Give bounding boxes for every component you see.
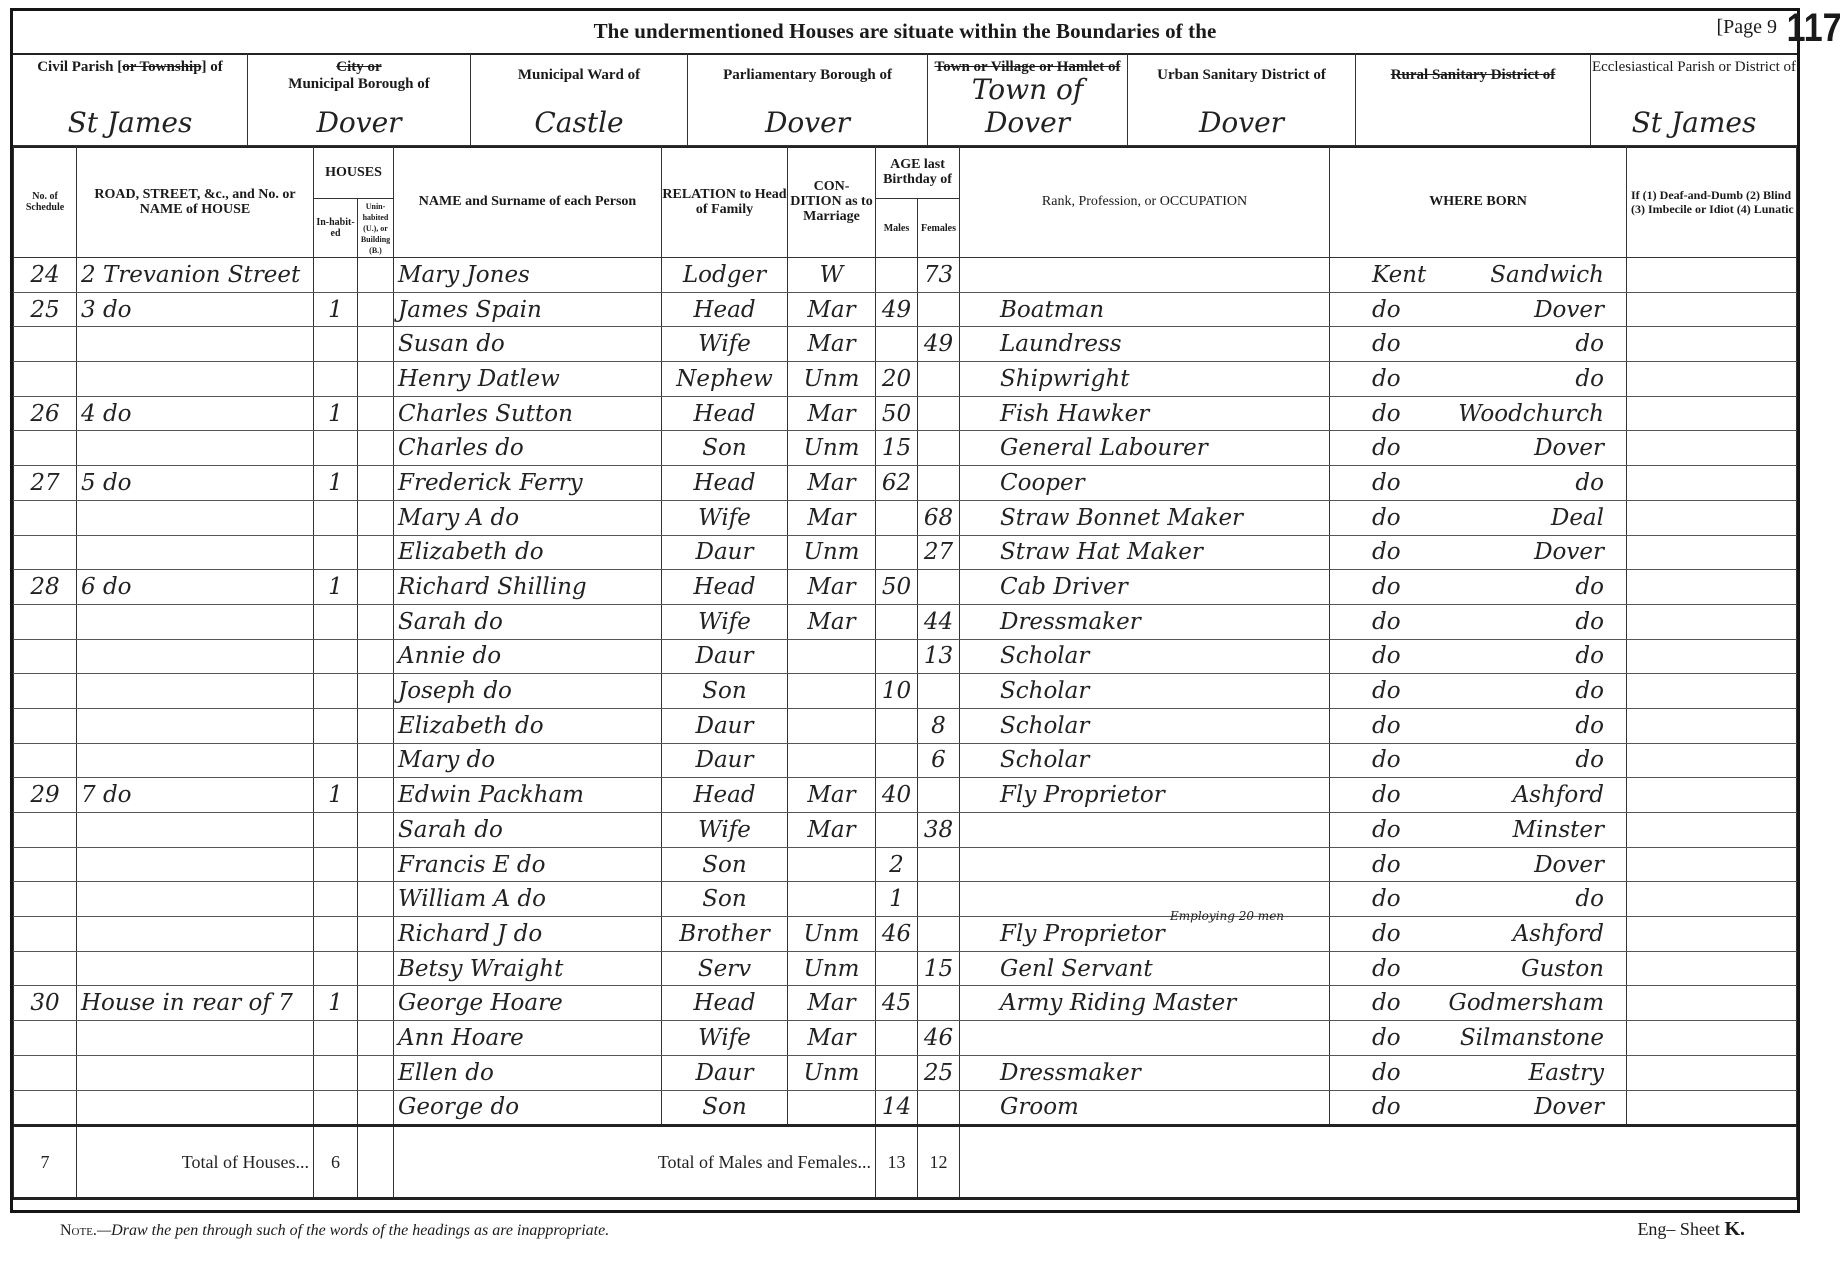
male-age <box>876 258 918 293</box>
infirmity-cell <box>1627 604 1797 639</box>
census-row: William A doSon1dodo <box>14 882 1797 917</box>
census-row: Elizabeth doDaur8Scholardodo <box>14 708 1797 743</box>
schedule-number <box>14 639 77 674</box>
infirmity-cell <box>1627 847 1797 882</box>
boundary-municipal-ward: Municipal Ward of Castle <box>471 53 688 145</box>
birth-county: do <box>1372 574 1401 600</box>
infirmity-cell <box>1627 639 1797 674</box>
person-name: Frederick Ferry <box>394 466 662 501</box>
male-age: 20 <box>876 362 918 397</box>
female-age <box>918 1090 960 1126</box>
occupation-text: Fish Hawker <box>1000 401 1149 427</box>
birth-place: Minster <box>1513 817 1604 843</box>
occupation: Straw Hat Maker <box>960 535 1330 570</box>
census-row: 30House in rear of 71George HoareHeadMar… <box>14 986 1797 1021</box>
occupation: Laundress <box>960 327 1330 362</box>
relation-to-head: Nephew <box>662 362 788 397</box>
census-row: Mary A doWifeMar68Straw Bonnet MakerdoDe… <box>14 500 1797 535</box>
birthplace: dodo <box>1330 708 1627 743</box>
birth-place: Dover <box>1534 1094 1604 1120</box>
birth-county: do <box>1372 956 1401 982</box>
census-row: 297 do1Edwin PackhamHeadMar40Fly Proprie… <box>14 778 1797 813</box>
male-age: 50 <box>876 396 918 431</box>
marital-condition: Mar <box>788 327 876 362</box>
total-persons-label: Total of Males and Females... <box>394 1126 876 1199</box>
birth-county: do <box>1372 331 1401 357</box>
birth-county: do <box>1372 470 1401 496</box>
census-row: Francis E doSon2doDover <box>14 847 1797 882</box>
schedule-number <box>14 882 77 917</box>
uninhabited-cell <box>358 362 394 397</box>
census-row: Elizabeth doDaurUnm27Straw Hat MakerdoDo… <box>14 535 1797 570</box>
boundary-value: Dover <box>1128 106 1355 139</box>
occupation: Army Riding Master <box>960 986 1330 1021</box>
marital-condition: Mar <box>788 500 876 535</box>
inhabited-count <box>314 500 358 535</box>
birth-place: do <box>1575 574 1604 600</box>
male-age: 14 <box>876 1090 918 1126</box>
relation-to-head: Lodger <box>662 258 788 293</box>
relation-to-head: Head <box>662 292 788 327</box>
census-row: Annie doDaur13Scholardodo <box>14 639 1797 674</box>
page-label: [Page 9 <box>1716 16 1777 39</box>
male-age <box>876 1021 918 1056</box>
occupation: Cab Driver <box>960 570 1330 605</box>
person-name: Elizabeth do <box>394 708 662 743</box>
census-sheet: The undermentioned Houses are situate wi… <box>10 8 1800 1213</box>
road-address <box>77 917 314 952</box>
occupation-text: Boatman <box>1000 297 1104 323</box>
female-age <box>918 292 960 327</box>
road-address: 7 do <box>77 778 314 813</box>
occupation: Groom <box>960 1090 1330 1126</box>
birth-place: do <box>1575 678 1604 704</box>
occupation-text: Laundress <box>1000 331 1122 357</box>
uninhabited-cell <box>358 813 394 848</box>
occupation <box>960 813 1330 848</box>
marital-condition <box>788 639 876 674</box>
uninhabited-cell <box>358 986 394 1021</box>
census-row: 242 Trevanion StreetMary JonesLodgerW73K… <box>14 258 1797 293</box>
uninhabited-cell <box>358 292 394 327</box>
birth-county: do <box>1372 1025 1401 1051</box>
male-age: 49 <box>876 292 918 327</box>
male-age <box>876 813 918 848</box>
marital-condition: Mar <box>788 466 876 501</box>
birth-place: do <box>1575 366 1604 392</box>
birth-place: Sandwich <box>1490 262 1604 288</box>
sheet-title: The undermentioned Houses are situate wi… <box>13 19 1797 44</box>
total-houses-inhabited: 6 <box>314 1126 358 1199</box>
road-address: 2 Trevanion Street <box>77 258 314 293</box>
col-houses: HOUSES <box>314 146 394 199</box>
birth-place: Dover <box>1534 852 1604 878</box>
birth-county: do <box>1372 852 1401 878</box>
marital-condition: Unm <box>788 362 876 397</box>
birth-county: do <box>1372 817 1401 843</box>
uninhabited-cell <box>358 847 394 882</box>
census-row: Henry DatlewNephewUnm20Shipwrightdodo <box>14 362 1797 397</box>
birthplace: doWoodchurch <box>1330 396 1627 431</box>
birthplace: dodo <box>1330 639 1627 674</box>
female-age <box>918 466 960 501</box>
marital-condition: Mar <box>788 778 876 813</box>
census-row: Richard J doBrotherUnm46Fly ProprietorEm… <box>14 917 1797 952</box>
person-name: Edwin Packham <box>394 778 662 813</box>
uninhabited-cell <box>358 604 394 639</box>
census-row: Joseph doSon10Scholardodo <box>14 674 1797 709</box>
occupation-text: Fly Proprietor <box>1000 782 1165 808</box>
person-name: Sarah do <box>394 604 662 639</box>
uninhabited-cell <box>358 396 394 431</box>
person-name: Betsy Wraight <box>394 951 662 986</box>
birth-county: do <box>1372 505 1401 531</box>
occupation-text: General Labourer <box>1000 435 1208 461</box>
birthplace: doGodmersham <box>1330 986 1627 1021</box>
inhabited-count: 1 <box>314 570 358 605</box>
birth-place: do <box>1575 609 1604 635</box>
male-age <box>876 500 918 535</box>
census-row: 286 do1Richard ShillingHeadMar50Cab Driv… <box>14 570 1797 605</box>
male-age: 46 <box>876 917 918 952</box>
relation-to-head: Son <box>662 1090 788 1126</box>
marital-condition: Unm <box>788 917 876 952</box>
uninhabited-cell <box>358 708 394 743</box>
female-age: 8 <box>918 708 960 743</box>
schedule-number: 30 <box>14 986 77 1021</box>
birth-county: do <box>1372 1094 1401 1120</box>
inhabited-count <box>314 604 358 639</box>
marital-condition: Mar <box>788 1021 876 1056</box>
relation-to-head: Son <box>662 431 788 466</box>
inhabited-count <box>314 743 358 778</box>
occupation: Scholar <box>960 743 1330 778</box>
female-age <box>918 847 960 882</box>
birthplace: dodo <box>1330 570 1627 605</box>
birth-county: do <box>1372 297 1401 323</box>
boundary-rural-sanitary: Rural Sanitary District of <box>1356 53 1591 145</box>
boundary-value: St James <box>13 106 247 139</box>
birth-county: do <box>1372 366 1401 392</box>
relation-to-head: Head <box>662 570 788 605</box>
occupation: General Labourer <box>960 431 1330 466</box>
infirmity-cell <box>1627 466 1797 501</box>
road-address <box>77 500 314 535</box>
person-name: James Spain <box>394 292 662 327</box>
inhabited-count <box>314 362 358 397</box>
occupation-text: Groom <box>1000 1094 1079 1120</box>
inhabited-count <box>314 639 358 674</box>
schedule-number: 28 <box>14 570 77 605</box>
marital-condition: Unm <box>788 951 876 986</box>
person-name: Richard Shilling <box>394 570 662 605</box>
infirmity-cell <box>1627 882 1797 917</box>
birthplace: dodo <box>1330 674 1627 709</box>
inhabited-count <box>314 1055 358 1090</box>
schedule-number: 25 <box>14 292 77 327</box>
female-age: 73 <box>918 258 960 293</box>
uninhabited-cell <box>358 570 394 605</box>
birthplace: doDover <box>1330 1090 1627 1126</box>
uninhabited-cell <box>358 639 394 674</box>
infirmity-cell <box>1627 292 1797 327</box>
female-age: 6 <box>918 743 960 778</box>
inhabited-count <box>314 917 358 952</box>
boundary-urban-sanitary: Urban Sanitary District of Dover <box>1128 53 1356 145</box>
occupation-text: Dressmaker <box>1000 1060 1141 1086</box>
female-age <box>918 431 960 466</box>
female-age: 38 <box>918 813 960 848</box>
road-address <box>77 847 314 882</box>
title-row: The undermentioned Houses are situate wi… <box>13 11 1797 55</box>
male-age <box>876 327 918 362</box>
occupation: Scholar <box>960 639 1330 674</box>
road-address <box>77 951 314 986</box>
road-address <box>77 362 314 397</box>
schedule-number <box>14 951 77 986</box>
boundary-town-village: Town or Village or Hamlet of Town of Dov… <box>928 53 1128 145</box>
schedule-number <box>14 847 77 882</box>
schedule-number <box>14 674 77 709</box>
occupation: Genl Servant <box>960 951 1330 986</box>
marital-condition: Mar <box>788 986 876 1021</box>
birthplace: dodo <box>1330 362 1627 397</box>
relation-to-head: Son <box>662 882 788 917</box>
uninhabited-cell <box>358 778 394 813</box>
occupation-text: Dressmaker <box>1000 609 1141 635</box>
birth-place: do <box>1575 470 1604 496</box>
inhabited-count: 1 <box>314 292 358 327</box>
boundary-parliamentary-borough: Parliamentary Borough of Dover <box>688 53 928 145</box>
relation-to-head: Brother <box>662 917 788 952</box>
road-address <box>77 1055 314 1090</box>
male-age <box>876 743 918 778</box>
birth-place: do <box>1575 713 1604 739</box>
inhabited-count: 1 <box>314 778 358 813</box>
totals-row: 7 Total of Houses... 6 Total of Males an… <box>14 1126 1797 1199</box>
schedule-number <box>14 1021 77 1056</box>
birthplace: KentSandwich <box>1330 258 1627 293</box>
male-age: 45 <box>876 986 918 1021</box>
schedule-number <box>14 1055 77 1090</box>
person-name: Mary A do <box>394 500 662 535</box>
male-age <box>876 639 918 674</box>
col-uninhabited: Unin-habited (U.), or Building (B.) <box>358 199 394 258</box>
person-name: George Hoare <box>394 986 662 1021</box>
birth-place: Dover <box>1534 539 1604 565</box>
schedule-number <box>14 708 77 743</box>
birth-place: Deal <box>1551 505 1604 531</box>
birth-place: Eastry <box>1528 1060 1604 1086</box>
person-name: Susan do <box>394 327 662 362</box>
road-address: House in rear of 7 <box>77 986 314 1021</box>
occupation-text: Straw Hat Maker <box>1000 539 1203 565</box>
schedule-number <box>14 431 77 466</box>
col-born: WHERE BORN <box>1330 146 1627 258</box>
marital-condition <box>788 882 876 917</box>
schedule-number: 26 <box>14 396 77 431</box>
schedule-number <box>14 327 77 362</box>
occupation-text: Scholar <box>1000 747 1089 773</box>
schedule-number <box>14 362 77 397</box>
birthplace: doGuston <box>1330 951 1627 986</box>
road-address: 3 do <box>77 292 314 327</box>
male-age: 1 <box>876 882 918 917</box>
relation-to-head: Head <box>662 778 788 813</box>
infirmity-cell <box>1627 1021 1797 1056</box>
census-row: 264 do1Charles SuttonHeadMar50Fish Hawke… <box>14 396 1797 431</box>
person-name: Elizabeth do <box>394 535 662 570</box>
census-row: Sarah doWifeMar44Dressmakerdodo <box>14 604 1797 639</box>
marital-condition: Mar <box>788 396 876 431</box>
female-age: 49 <box>918 327 960 362</box>
relation-to-head: Head <box>662 986 788 1021</box>
marital-condition: Mar <box>788 813 876 848</box>
occupation-text: Army Riding Master <box>1000 990 1236 1016</box>
relation-to-head: Wife <box>662 1021 788 1056</box>
female-age: 27 <box>918 535 960 570</box>
occupation-note: Employing 20 men <box>1170 909 1284 923</box>
relation-to-head: Daur <box>662 639 788 674</box>
birth-place: Woodchurch <box>1458 401 1604 427</box>
male-age <box>876 951 918 986</box>
relation-to-head: Son <box>662 847 788 882</box>
male-age: 15 <box>876 431 918 466</box>
marital-condition <box>788 847 876 882</box>
uninhabited-cell <box>358 743 394 778</box>
birthplace: doMinster <box>1330 813 1627 848</box>
infirmity-cell <box>1627 431 1797 466</box>
census-table: No. of Schedule ROAD, STREET, &c., and N… <box>13 145 1797 1200</box>
marital-condition: Unm <box>788 431 876 466</box>
birth-place: do <box>1575 747 1604 773</box>
road-address <box>77 1090 314 1126</box>
male-age: 10 <box>876 674 918 709</box>
infirmity-cell <box>1627 396 1797 431</box>
schedule-number <box>14 604 77 639</box>
occupation: Scholar <box>960 674 1330 709</box>
census-row: Sarah doWifeMar38doMinster <box>14 813 1797 848</box>
uninhabited-cell <box>358 500 394 535</box>
birth-county: do <box>1372 678 1401 704</box>
person-name: William A do <box>394 882 662 917</box>
total-houses-label: Total of Houses... <box>77 1126 314 1199</box>
boundary-value: Town of Dover <box>928 73 1127 139</box>
total-females: 12 <box>918 1126 960 1199</box>
male-age: 50 <box>876 570 918 605</box>
schedule-number: 29 <box>14 778 77 813</box>
census-row: 275 do1Frederick FerryHeadMar62Cooperdod… <box>14 466 1797 501</box>
person-name: Henry Datlew <box>394 362 662 397</box>
birth-county: do <box>1372 782 1401 808</box>
inhabited-count <box>314 1021 358 1056</box>
inhabited-count <box>314 813 358 848</box>
infirmity-cell <box>1627 258 1797 293</box>
birth-place: do <box>1575 331 1604 357</box>
female-age <box>918 882 960 917</box>
inhabited-count: 1 <box>314 466 358 501</box>
road-address <box>77 743 314 778</box>
person-name: Ann Hoare <box>394 1021 662 1056</box>
uninhabited-cell <box>358 535 394 570</box>
marital-condition: Mar <box>788 570 876 605</box>
birthplace: doAshford <box>1330 917 1627 952</box>
birth-place: Guston <box>1521 956 1604 982</box>
census-row: Betsy WraightServUnm15Genl ServantdoGust… <box>14 951 1797 986</box>
inhabited-count <box>314 1090 358 1126</box>
schedule-number <box>14 1090 77 1126</box>
boundaries-row: Civil Parish [or Township] of St James C… <box>13 53 1797 148</box>
infirmity-cell <box>1627 1055 1797 1090</box>
inhabited-count <box>314 535 358 570</box>
occupation-text: Shipwright <box>1000 366 1129 392</box>
col-relation: RELATION to Head of Family <box>662 146 788 258</box>
inhabited-count <box>314 674 358 709</box>
birthplace: doAshford <box>1330 778 1627 813</box>
birthplace: dodo <box>1330 604 1627 639</box>
infirmity-cell <box>1627 743 1797 778</box>
road-address: 4 do <box>77 396 314 431</box>
relation-to-head: Wife <box>662 500 788 535</box>
uninhabited-cell <box>358 1090 394 1126</box>
marital-condition: Unm <box>788 535 876 570</box>
census-row: Charles doSonUnm15General LabourerdoDove… <box>14 431 1797 466</box>
col-females: Females <box>918 199 960 258</box>
birth-county: Kent <box>1372 262 1426 288</box>
person-name: Joseph do <box>394 674 662 709</box>
female-age <box>918 570 960 605</box>
sheet-id: Eng– Sheet K. <box>1637 1218 1745 1241</box>
person-name: Ellen do <box>394 1055 662 1090</box>
birth-county: do <box>1372 713 1401 739</box>
occupation: Fly ProprietorEmploying 20 men <box>960 917 1330 952</box>
birthplace: dodo <box>1330 466 1627 501</box>
birth-place: Godmersham <box>1449 990 1605 1016</box>
infirmity-cell <box>1627 327 1797 362</box>
col-road: ROAD, STREET, &c., and No. or NAME of HO… <box>77 146 314 258</box>
birth-county: do <box>1372 921 1401 947</box>
inhabited-count <box>314 708 358 743</box>
schedule-number <box>14 535 77 570</box>
birth-county: do <box>1372 401 1401 427</box>
census-row: Susan doWifeMar49Laundressdodo <box>14 327 1797 362</box>
boundary-value: St James <box>1591 106 1797 139</box>
occupation: Straw Bonnet Maker <box>960 500 1330 535</box>
marital-condition <box>788 743 876 778</box>
female-age: 46 <box>918 1021 960 1056</box>
total-schedules: 7 <box>14 1126 77 1199</box>
female-age: 68 <box>918 500 960 535</box>
birth-place: Dover <box>1534 297 1604 323</box>
person-name: Annie do <box>394 639 662 674</box>
inhabited-count: 1 <box>314 986 358 1021</box>
birthplace: doDover <box>1330 292 1627 327</box>
occupation-text: Fly Proprietor <box>1000 921 1165 947</box>
footer-note: Note.—Draw the pen through such of the w… <box>60 1222 609 1240</box>
census-table-wrapper: No. of Schedule ROAD, STREET, &c., and N… <box>13 145 1797 1200</box>
relation-to-head: Wife <box>662 604 788 639</box>
relation-to-head: Daur <box>662 708 788 743</box>
uninhabited-cell <box>358 466 394 501</box>
occupation: Cooper <box>960 466 1330 501</box>
infirmity-cell <box>1627 1090 1797 1126</box>
road-address <box>77 535 314 570</box>
occupation-text: Genl Servant <box>1000 956 1153 982</box>
female-age <box>918 674 960 709</box>
person-name: Richard J do <box>394 917 662 952</box>
marital-condition: Mar <box>788 604 876 639</box>
female-age: 13 <box>918 639 960 674</box>
